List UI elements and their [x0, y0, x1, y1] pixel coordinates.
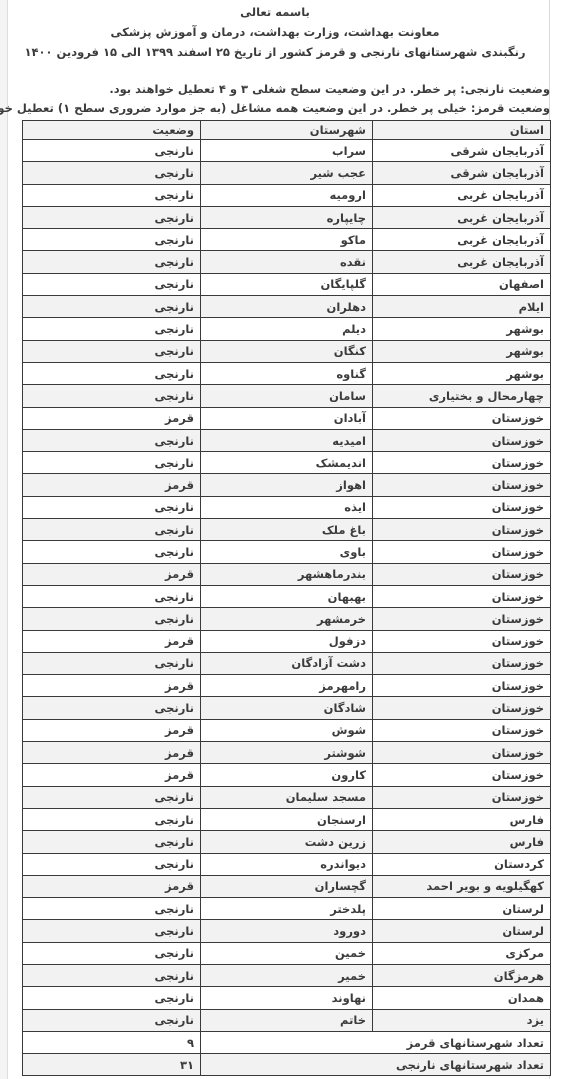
status-cell: نارنجی: [23, 964, 201, 986]
county-cell: کارون: [201, 764, 373, 786]
table-row: خوزستانشوشترقرمز: [23, 742, 551, 764]
orange-status-note: وضعیت نارنجی: پر خطر. در این وضعیت سطح ش…: [5, 80, 550, 99]
table-row: خوزستاناهوازقرمز: [23, 474, 551, 496]
county-cell: کنگان: [201, 340, 373, 362]
table-row: خوزستانکارونقرمز: [23, 764, 551, 786]
province-cell: خوزستان: [373, 429, 551, 451]
table-row: بوشهرکنگاننارنجی: [23, 340, 551, 362]
province-cell: لرستان: [373, 898, 551, 920]
province-cell: فارس: [373, 831, 551, 853]
county-cell: گچساران: [201, 875, 373, 897]
county-cell: زرین دشت: [201, 831, 373, 853]
province-cell: خوزستان: [373, 496, 551, 518]
bismillah-line: باسمه تعالی: [0, 2, 550, 22]
summary-row-orange: تعداد شهرستانهای نارنجی ۳۱: [23, 1054, 551, 1076]
table-row: آذربایجان غربیماکونارنجی: [23, 229, 551, 251]
status-cell: نارنجی: [23, 519, 201, 541]
province-cell: بوشهر: [373, 340, 551, 362]
county-cell: دهلران: [201, 296, 373, 318]
status-cell: نارنجی: [23, 229, 201, 251]
county-cell: دزفول: [201, 630, 373, 652]
status-cell: نارنجی: [23, 853, 201, 875]
province-cell: کردستان: [373, 853, 551, 875]
province-cell: بوشهر: [373, 362, 551, 384]
table-row: خوزستانایذهنارنجی: [23, 496, 551, 518]
status-cell: قرمز: [23, 719, 201, 741]
province-cell: خوزستان: [373, 563, 551, 585]
document-title: رنگبندی شهرستانهای نارنجی و قرمز کشور از…: [0, 42, 550, 62]
county-cell: مسجد سلیمان: [201, 786, 373, 808]
status-cell: نارنجی: [23, 831, 201, 853]
table-row: مرکزیخمیننارنجی: [23, 942, 551, 964]
county-cell: دورود: [201, 920, 373, 942]
orange-count-value: ۳۱: [23, 1054, 201, 1076]
status-cell: قرمز: [23, 764, 201, 786]
table-row: لرستاندورودنارنجی: [23, 920, 551, 942]
county-cell: شادگان: [201, 697, 373, 719]
province-cell: آذربایجان غربی: [373, 184, 551, 206]
summary-row-red: تعداد شهرستانهای قرمز ۹: [23, 1031, 551, 1053]
status-cell: نارنجی: [23, 898, 201, 920]
table-row: خوزستاندزفولقرمز: [23, 630, 551, 652]
table-row: یزدخاتمنارنجی: [23, 1009, 551, 1031]
county-cell: اهواز: [201, 474, 373, 496]
province-cell: آذربایجان شرقی: [373, 162, 551, 184]
status-cell: نارنجی: [23, 808, 201, 830]
status-cell: نارنجی: [23, 273, 201, 295]
county-cell: سراب: [201, 140, 373, 162]
table-row: آذربایجان غربیارومیهنارنجی: [23, 184, 551, 206]
status-notes: وضعیت نارنجی: پر خطر. در این وضعیت سطح ش…: [5, 80, 550, 118]
province-cell: خوزستان: [373, 452, 551, 474]
county-cell: عجب شیر: [201, 162, 373, 184]
province-cell: اصفهان: [373, 273, 551, 295]
county-cell: ایذه: [201, 496, 373, 518]
table-body: آذربایجان شرقیسرابنارنجیآذربایجان شرقیعج…: [23, 140, 551, 1032]
status-cell: نارنجی: [23, 608, 201, 630]
county-cell: خرمشهر: [201, 608, 373, 630]
status-cell: نارنجی: [23, 585, 201, 607]
table-row: چهارمحال و بختیاریساماننارنجی: [23, 385, 551, 407]
province-cell: ایلام: [373, 296, 551, 318]
status-cell: قرمز: [23, 742, 201, 764]
table-row: خوزستانشوشقرمز: [23, 719, 551, 741]
status-cell: نارنجی: [23, 251, 201, 273]
province-cell: خوزستان: [373, 786, 551, 808]
county-cell: ماکو: [201, 229, 373, 251]
county-cell: نقده: [201, 251, 373, 273]
province-cell: لرستان: [373, 920, 551, 942]
county-cell: بهبهان: [201, 585, 373, 607]
status-cell: نارنجی: [23, 340, 201, 362]
province-cell: آذربایجان غربی: [373, 251, 551, 273]
county-cell: گناوه: [201, 362, 373, 384]
province-cell: خوزستان: [373, 541, 551, 563]
table-row: خوزستانامیدیهنارنجی: [23, 429, 551, 451]
status-cell: نارنجی: [23, 296, 201, 318]
page-left-edge: [0, 0, 8, 1079]
province-cell: آذربایجان غربی: [373, 206, 551, 228]
county-cell: ارسنجان: [201, 808, 373, 830]
status-cell: نارنجی: [23, 987, 201, 1009]
table-row: خوزستانباوینارنجی: [23, 541, 551, 563]
status-cell: نارنجی: [23, 1009, 201, 1031]
table-row: بوشهردیلمنارنجی: [23, 318, 551, 340]
table-row: خوزستانبندرماهشهرقرمز: [23, 563, 551, 585]
red-count-value: ۹: [23, 1031, 201, 1053]
table-row: ایلامدهلراننارنجی: [23, 296, 551, 318]
county-cell: چایپاره: [201, 206, 373, 228]
county-column-header: شهرستان: [201, 121, 373, 140]
county-cell: ارومیه: [201, 184, 373, 206]
province-cell: خوزستان: [373, 675, 551, 697]
county-cell: آبادان: [201, 407, 373, 429]
status-cell: نارنجی: [23, 140, 201, 162]
status-cell: قرمز: [23, 675, 201, 697]
table-row: خوزستانشادگاننارنجی: [23, 697, 551, 719]
red-status-note: وضعیت قرمز: خیلی پر خطر. در این وضعیت هم…: [5, 99, 550, 118]
status-cell: نارنجی: [23, 942, 201, 964]
county-cell: شوشتر: [201, 742, 373, 764]
status-cell: قرمز: [23, 474, 201, 496]
province-column-header: استان: [373, 121, 551, 140]
province-cell: خوزستان: [373, 519, 551, 541]
status-cell: نارنجی: [23, 162, 201, 184]
province-cell: چهارمحال و بختیاری: [373, 385, 551, 407]
province-cell: خوزستان: [373, 585, 551, 607]
red-count-label: تعداد شهرستانهای قرمز: [201, 1031, 551, 1053]
county-cell: خمیر: [201, 964, 373, 986]
status-cell: نارنجی: [23, 786, 201, 808]
county-cell: دیلم: [201, 318, 373, 340]
county-cell: خاتم: [201, 1009, 373, 1031]
county-cell: سامان: [201, 385, 373, 407]
table-row: خوزستانباغ ملکنارنجی: [23, 519, 551, 541]
status-cell: قرمز: [23, 563, 201, 585]
status-cell: نارنجی: [23, 452, 201, 474]
province-cell: مرکزی: [373, 942, 551, 964]
county-cell: اندیمشک: [201, 452, 373, 474]
status-cell: قرمز: [23, 630, 201, 652]
table-row: خوزستانمسجد سلیماننارنجی: [23, 786, 551, 808]
province-cell: هرمزگان: [373, 964, 551, 986]
province-cell: خوزستان: [373, 697, 551, 719]
county-cell: گلپایگان: [201, 273, 373, 295]
table-row: کردستاندیواندرهنارنجی: [23, 853, 551, 875]
status-cell: قرمز: [23, 875, 201, 897]
province-cell: یزد: [373, 1009, 551, 1031]
table-row: خوزستانرامهرمزقرمز: [23, 675, 551, 697]
table-row: خوزستانخرمشهرنارنجی: [23, 608, 551, 630]
province-cell: بوشهر: [373, 318, 551, 340]
province-cell: آذربایجان غربی: [373, 229, 551, 251]
status-cell: نارنجی: [23, 385, 201, 407]
status-cell: قرمز: [23, 407, 201, 429]
status-cell: نارنجی: [23, 541, 201, 563]
status-cell: نارنجی: [23, 362, 201, 384]
status-table: استان شهرستان وضعیت آذربایجان شرقیسرابنا…: [22, 120, 551, 1076]
county-cell: پلدختر: [201, 898, 373, 920]
province-cell: خوزستان: [373, 652, 551, 674]
county-cell: خمین: [201, 942, 373, 964]
table-row: کهگیلویه و بویر احمدگچسارانقرمز: [23, 875, 551, 897]
county-cell: نهاوند: [201, 987, 373, 1009]
table-row: همداننهاوندنارنجی: [23, 987, 551, 1009]
status-cell: نارنجی: [23, 429, 201, 451]
table-row: آذربایجان غربیچایپارهنارنجی: [23, 206, 551, 228]
ministry-line: معاونت بهداشت، وزارت بهداشت، درمان و آمو…: [0, 22, 550, 42]
province-cell: خوزستان: [373, 742, 551, 764]
status-cell: نارنجی: [23, 652, 201, 674]
county-cell: بندرماهشهر: [201, 563, 373, 585]
table-row: خوزستانبهبهاننارنجی: [23, 585, 551, 607]
province-cell: خوزستان: [373, 608, 551, 630]
status-cell: نارنجی: [23, 318, 201, 340]
table-row: خوزستانآبادانقرمز: [23, 407, 551, 429]
table-row: فارسزرین دشتنارنجی: [23, 831, 551, 853]
status-column-header: وضعیت: [23, 121, 201, 140]
county-cell: امیدیه: [201, 429, 373, 451]
table-header-row: استان شهرستان وضعیت: [23, 121, 551, 140]
table-row: لرستانپلدخترنارنجی: [23, 898, 551, 920]
county-cell: باغ ملک: [201, 519, 373, 541]
table-row: بوشهرگناوهنارنجی: [23, 362, 551, 384]
table-row: اصفهانگلپایگاننارنجی: [23, 273, 551, 295]
province-cell: خوزستان: [373, 630, 551, 652]
province-cell: خوزستان: [373, 719, 551, 741]
status-cell: نارنجی: [23, 184, 201, 206]
table-row: هرمزگانخمیرنارنجی: [23, 964, 551, 986]
status-cell: نارنجی: [23, 496, 201, 518]
table-row: خوزستاناندیمشکنارنجی: [23, 452, 551, 474]
province-cell: آذربایجان شرقی: [373, 140, 551, 162]
province-cell: فارس: [373, 808, 551, 830]
table-row: آذربایجان شرقیعجب شیرنارنجی: [23, 162, 551, 184]
county-cell: دیواندره: [201, 853, 373, 875]
county-cell: دشت آزادگان: [201, 652, 373, 674]
county-cell: باوی: [201, 541, 373, 563]
province-cell: خوزستان: [373, 764, 551, 786]
status-cell: نارنجی: [23, 920, 201, 942]
table-row: آذربایجان شرقیسرابنارنجی: [23, 140, 551, 162]
province-cell: خوزستان: [373, 474, 551, 496]
province-cell: خوزستان: [373, 407, 551, 429]
table-row: فارسارسنجاننارنجی: [23, 808, 551, 830]
orange-count-label: تعداد شهرستانهای نارنجی: [201, 1054, 551, 1076]
page: { "header": { "line1": "باسمه تعالی", "l…: [0, 0, 567, 1079]
document-header: باسمه تعالی معاونت بهداشت، وزارت بهداشت،…: [0, 2, 550, 62]
province-cell: کهگیلویه و بویر احمد: [373, 875, 551, 897]
county-cell: شوش: [201, 719, 373, 741]
status-cell: نارنجی: [23, 697, 201, 719]
status-cell: نارنجی: [23, 206, 201, 228]
province-cell: همدان: [373, 987, 551, 1009]
table-row: آذربایجان غربینقدهنارنجی: [23, 251, 551, 273]
table-row: خوزستاندشت آزادگاننارنجی: [23, 652, 551, 674]
county-cell: رامهرمز: [201, 675, 373, 697]
